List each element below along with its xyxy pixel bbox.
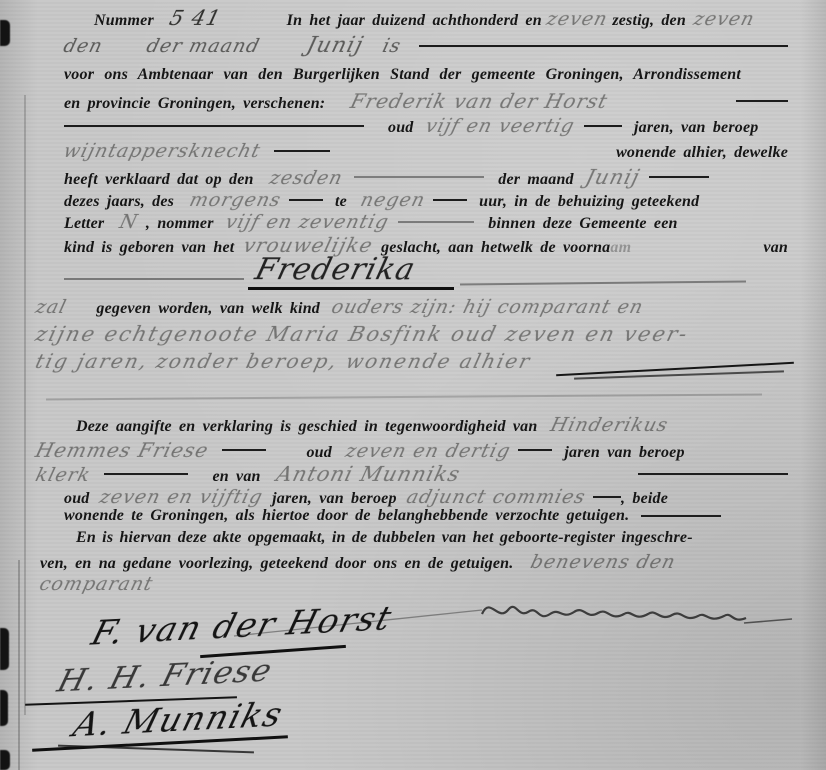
en-van-label: en van [212, 468, 260, 486]
witness2-age-line: oud zeven en vijftig jaren, van beroep a… [64, 486, 788, 508]
beide-label: , beide [621, 490, 668, 508]
fill-line [398, 221, 474, 223]
faint-line [46, 394, 762, 400]
fill-line [593, 496, 621, 498]
fill-line [64, 278, 244, 280]
signature-witness1: H. H. Friese [53, 653, 276, 700]
parents-hw-3: tig jaren, zonder beroep, wonende alhier [33, 349, 534, 373]
fill-line [460, 281, 746, 285]
closing-text-2: ven, en na gedane voorlezing, geteekend … [40, 555, 513, 573]
scan-artifact [0, 690, 8, 726]
fill-line [433, 199, 467, 201]
van-label: van [763, 239, 788, 257]
binnen-label: binnen deze Gemeente een [488, 215, 677, 233]
margin-line [24, 95, 26, 715]
fill-line [638, 473, 788, 475]
uur-label: uur, in de behuizing geteekend [479, 193, 699, 211]
scan-artifact [0, 628, 9, 670]
comparant-age: vijf en veertig [423, 115, 577, 137]
parents-line-2: zijne echtgenoote Maria Bosfink oud zeve… [36, 322, 788, 346]
birth-certificate-scan: Nummer 5 41 In het jaar duizend achthond… [0, 0, 826, 770]
birth-day: zesden [267, 167, 345, 189]
margin-line [18, 560, 20, 770]
age-line: oud vijf en veertig jaren, van beroep [64, 115, 788, 137]
registrar-line-1: voor ons Ambtenaar van den Burgerlijken … [64, 66, 788, 84]
parents-line-1: zal gegeven worden, van welk kind ouders… [36, 296, 788, 318]
fill-line [222, 449, 266, 451]
hw-benevens: benevens den [529, 551, 679, 573]
declaration-line: heeft verklaard dat op den zesden der ma… [64, 165, 788, 189]
witness2-age: zeven en vijftig [97, 486, 265, 508]
signature-comparant: F. van der Horst [87, 598, 397, 652]
parents-hw-1: ouders zijn: hij comparant en [329, 296, 646, 318]
fill-line [419, 45, 788, 47]
witness1-occupation: klerk [33, 464, 93, 486]
name-underline [248, 287, 454, 290]
nummer-label: Nummer [94, 12, 154, 30]
witness2-occupation: adjunct commies [404, 486, 588, 508]
child-line: kind is geboren van het vrouwelijke gesl… [64, 233, 788, 257]
te-label: te [335, 193, 347, 211]
witness1-name-a: Hinderikus [549, 414, 671, 436]
witness2-name: Antoni Munniks [274, 462, 463, 486]
geslacht-label-faded: am [610, 239, 631, 257]
mother-name-line: zijne echtgenoote Maria Bosfink oud zeve… [33, 322, 691, 346]
child-name: Frederika [252, 252, 420, 287]
wonende-groningen: wonende te Groningen, als hiertoe door d… [64, 507, 629, 525]
fill-line [518, 449, 552, 451]
fill-line [736, 100, 788, 102]
jaren-label-3: jaren, van beroep [272, 490, 397, 508]
dezes-label: dezes jaars, des [64, 193, 174, 211]
witness2-line: klerk en van Antoni Munniks [36, 462, 788, 486]
jaren-label-2: jaren van beroep [564, 444, 684, 462]
hw-month: Junij [304, 33, 366, 58]
kind-label: kind is geboren van het [64, 239, 234, 257]
gegeven-label: gegeven worden, van welk kind [96, 300, 320, 318]
fill-line [641, 515, 721, 517]
fill-line [274, 150, 330, 152]
witness-intro-line: Deze aangifte en verklaring is geschied … [76, 414, 788, 436]
daypart: morgens [187, 189, 283, 211]
house-number: vijf en zeventig [223, 211, 391, 233]
hw-comparant: comparant [37, 573, 155, 595]
act-number-value: 5 41 [167, 6, 224, 30]
scan-artifact [0, 20, 10, 46]
witness1-name-b: Hemmes Friese [33, 438, 211, 462]
jaren-beroep-label: jaren, van beroep [634, 119, 759, 137]
closing-line-2: ven, en na gedane voorlezing, geteekend … [40, 551, 788, 573]
nommer-label: , nommer [146, 215, 214, 233]
declared-label: heeft verklaard dat op den [64, 171, 254, 189]
year-handwritten: zeven [544, 8, 610, 30]
letter-label: Letter [64, 215, 104, 233]
house-letter: N [118, 211, 141, 233]
fill-line [354, 176, 484, 178]
hw-der-maand: der maand [144, 35, 262, 57]
oud-label-2: oud [306, 444, 332, 462]
der-maand-label: der maand [498, 171, 573, 189]
scan-artifact [0, 750, 10, 770]
witness1-age: zeven en dertig [343, 440, 513, 462]
closing-line-1: En is hiervan deze akte opgemaakt, in de… [76, 529, 788, 547]
header-line: Nummer 5 41 In het jaar duizend achthond… [64, 6, 788, 30]
address-line: Letter N , nommer vijf en zeventig binne… [64, 211, 788, 233]
oud-label: oud [388, 119, 414, 137]
wonende-line: wonende te Groningen, als hiertoe door d… [64, 507, 788, 525]
occupation-line: wijntappersknecht wonende alhier, dewelk… [64, 140, 788, 162]
witness-intro: Deze aangifte en verklaring is geschied … [76, 418, 537, 436]
signature-flourish [58, 745, 254, 754]
hw-den: den [61, 35, 105, 57]
hour: negen [358, 189, 428, 211]
fill-line [649, 176, 709, 178]
wonende-label: wonende alhier, dewelke [616, 144, 788, 162]
registrar-text-2: en provincie Groningen, verschenen: [64, 95, 325, 113]
hw-zal: zal [33, 296, 69, 318]
day-handwritten: zeven [691, 8, 757, 30]
oud-label-3: oud [64, 490, 90, 508]
registrar-text-1: voor ons Ambtenaar van den Burgerlijken … [64, 66, 741, 84]
witness1-line: Hemmes Friese oud zeven en dertig jaren … [36, 438, 788, 462]
birth-month: Junij [583, 165, 643, 189]
comparant-occupation: wijntappersknecht [61, 140, 263, 162]
fill-line [584, 125, 622, 127]
hw-is: is [381, 35, 404, 57]
time-line: dezes jaars, des morgens te negen uur, i… [64, 189, 788, 211]
year-printed-1: In het jaar duizend achthonderd en [287, 12, 542, 30]
registrar-line-2: en provincie Groningen, verschenen: Fred… [64, 89, 788, 113]
fill-line [64, 125, 364, 127]
comparant-name: Frederik van der Horst [348, 89, 611, 113]
fill-line [289, 199, 323, 201]
fill-line [104, 473, 188, 475]
year-printed-2: zestig, den [612, 12, 686, 30]
date-line: den der maand Junij is [64, 33, 788, 58]
closing-text-1: En is hiervan deze akte opgemaakt, in de… [76, 529, 693, 547]
